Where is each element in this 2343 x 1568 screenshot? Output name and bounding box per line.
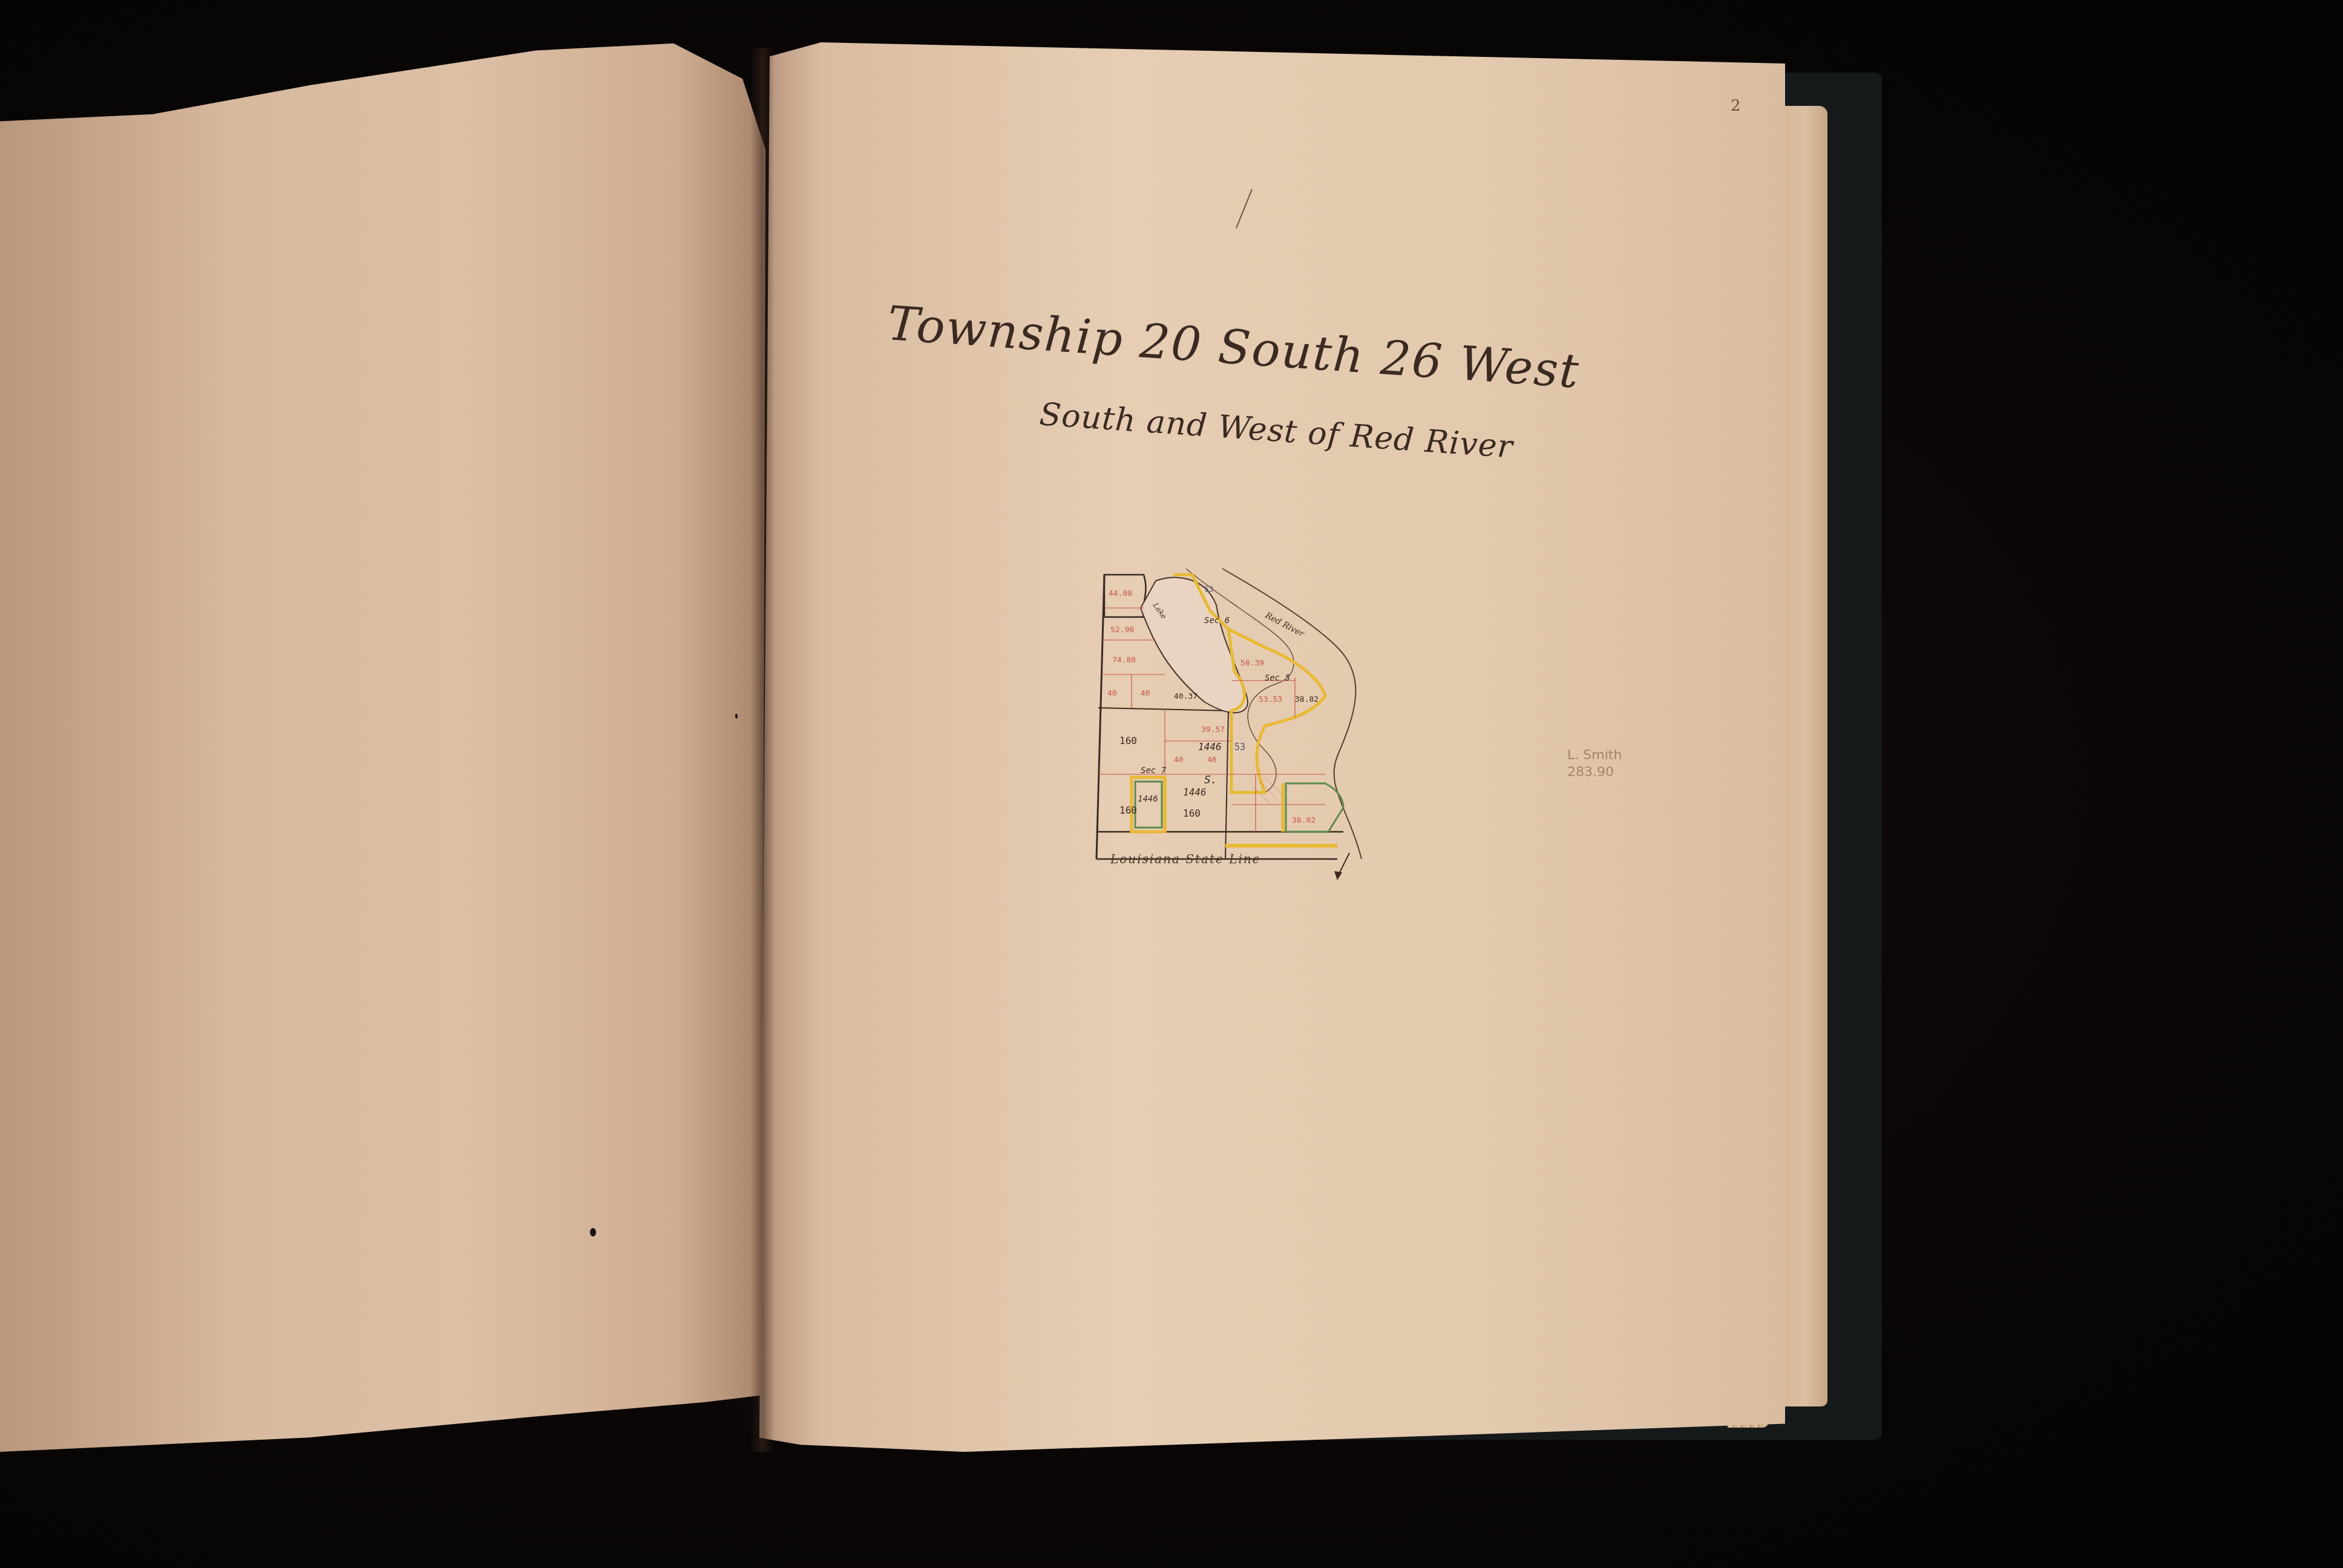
svg-text:40: 40 <box>1107 689 1117 698</box>
svg-text:160: 160 <box>1119 735 1137 746</box>
river-label: Red River <box>1263 610 1306 639</box>
svg-text:Sec 7: Sec 7 <box>1141 766 1167 776</box>
pencil-annotation: L. Smith 283.90 <box>1567 747 1622 781</box>
svg-text:1446: 1446 <box>1198 741 1222 753</box>
svg-text:Sec 6: Sec 6 <box>1204 616 1230 626</box>
svg-text:53: 53 <box>1204 585 1214 594</box>
svg-text:44.08: 44.08 <box>1109 589 1132 598</box>
svg-text:40.37: 40.37 <box>1174 692 1198 701</box>
svg-text:S.: S. <box>1204 774 1217 786</box>
pencil-annotation-line1: L. Smith <box>1567 747 1622 764</box>
svg-text:74.80: 74.80 <box>1112 656 1136 665</box>
svg-text:53.53: 53.53 <box>1259 695 1282 704</box>
svg-text:160: 160 <box>1119 805 1137 816</box>
svg-text:160: 160 <box>1183 808 1201 819</box>
ink-spot <box>735 714 738 719</box>
svg-text:52.98: 52.98 <box>1110 626 1134 635</box>
svg-text:39.57: 39.57 <box>1201 725 1225 734</box>
svg-text:1446: 1446 <box>1138 794 1158 804</box>
page-number-mark: 2 <box>1731 97 1741 115</box>
book-gutter <box>750 48 775 1452</box>
svg-text:40: 40 <box>1141 689 1150 698</box>
svg-text:40: 40 <box>1174 756 1184 765</box>
svg-text:38.02: 38.02 <box>1292 816 1316 825</box>
svg-text:58.39: 58.39 <box>1240 659 1264 668</box>
svg-text:Sec 5: Sec 5 <box>1265 673 1290 683</box>
state-line-label: Louisiana State Line <box>1110 852 1261 866</box>
township-plat-map: 44.08 52.98 74.80 40 40 40.37 58.39 53.5… <box>1083 557 1386 883</box>
plat-map-drawing: 44.08 52.98 74.80 40 40 40.37 58.39 53.5… <box>1083 557 1386 883</box>
pencil-annotation-line2: 283.90 <box>1567 764 1622 781</box>
svg-text:1446: 1446 <box>1183 786 1207 798</box>
left-page-blank <box>0 36 765 1452</box>
svg-text:53: 53 <box>1234 742 1245 753</box>
svg-text:40: 40 <box>1207 756 1217 765</box>
svg-text:38.82: 38.82 <box>1295 695 1319 704</box>
ink-spot <box>590 1228 596 1236</box>
